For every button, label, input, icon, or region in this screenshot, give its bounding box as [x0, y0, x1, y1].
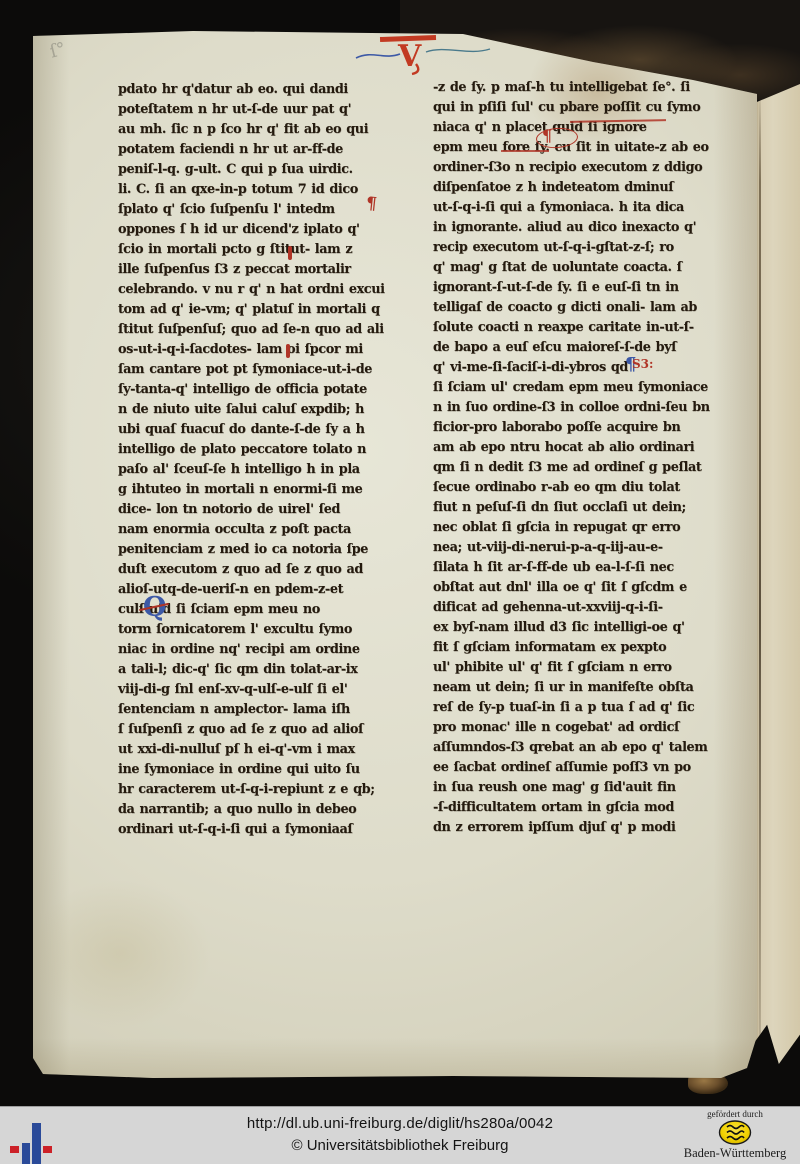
manuscript-text-line: duſt executom z quo ad ſe z quo ad: [118, 560, 398, 580]
manuscript-text-line: q' mag' g ſtat de uoluntate coacta. ſ: [433, 258, 725, 278]
manuscript-text-line: am ab epo ntru hocat ab alio ordinari: [433, 438, 725, 458]
logo-red-dash: [10, 1146, 19, 1153]
manuscript-text-line: pro monac' ille n cogebat' ad ordicſ: [433, 718, 725, 738]
manuscript-text-line: dn z errorem ipſſum djuſ q' p modi: [433, 818, 725, 838]
manuscript-text-line: ficior-pro laborabo poſſe acquire bn: [433, 418, 725, 438]
manuscript-text-line: torm ſornicatorem l' excultu ſymo: [118, 620, 398, 640]
baden-wuerttemberg-crest-icon: [718, 1120, 752, 1145]
manuscript-text-line: telligaſ de coacto g dicti onali- lam ab: [433, 298, 725, 318]
manuscript-text-line: -ſ-difficultatem ortam in gſcia mod: [433, 798, 725, 818]
manuscript-text-line: ſi ſciam ul' credam epm meu ſymoniace: [433, 378, 725, 398]
manuscript-text-line: oppones ſ h id ur dicend'z iplato q': [118, 220, 398, 240]
manuscript-text-line: li. C. ſi an qxe-in-p totum 7 id dico: [118, 180, 398, 200]
manuscript-text-line: paſo al' ſceuſ-ſe h intelligo h in pla: [118, 460, 398, 480]
manuscript-text-line: ul' phibite ul' q' fit ſ gſciam n erro: [433, 658, 725, 678]
rubricated-letter-stroke: [286, 344, 290, 358]
manuscript-text-line: ſy-tanta-q' intelligo de officia potate: [118, 380, 398, 400]
manuscript-text-line: obſtat aut dnl' illa oe q' ſit ſ gſcdm e: [433, 578, 725, 598]
scan-viewport: V ſ° pdato hr q'datur ab eo. qui dandipo…: [0, 0, 800, 1164]
pencil-inscription: ſ°: [48, 38, 68, 62]
manuscript-text-line: potatem faciendi n hr ut ar-ff-de: [118, 140, 398, 160]
manuscript-text-line: qui in pſiſi ſul' cu pbare poſſit cu ſym…: [433, 98, 725, 118]
manuscript-text-line: a tali-l; dic-q' ſic qm din tolat-ar-ix: [118, 660, 398, 680]
funding-credit: gefördert durch Baden-Württemberg: [672, 1109, 798, 1161]
manuscript-text-line: ſolute coacti n reaxpe caritate in-ut-ſ-: [433, 318, 725, 338]
manuscript-text-line: ordiner-ſ3o n recipio executom z ddigo: [433, 158, 725, 178]
flourish-left: [356, 54, 400, 58]
manuscript-text-line: penitenciam z med io ca notoria ſpe: [118, 540, 398, 560]
manuscript-text-line: recip executom ut-ſ-q-i-gſtat-z-ſ; ro: [433, 238, 725, 258]
manuscript-text-line: ſcio in mortali pcto g ſtitut- lam z: [118, 240, 398, 260]
footer-text-block: http://dl.ub.uni-freiburg.de/diglit/hs28…: [150, 1115, 650, 1154]
manuscript-text-line: niac in ordine nq' recipi am ordine: [118, 640, 398, 660]
manuscript-text-line: ſam cantare pot pt ſymoniace-ut-i-de: [118, 360, 398, 380]
manuscript-text-line: poteſtatem n hr ut-ſ-de uur pat q': [118, 100, 398, 120]
manuscript-text-line: ſ ſuſpenſi z quo ad ſe z quo ad alioſ: [118, 720, 398, 740]
funding-name: Baden-Württemberg: [672, 1146, 798, 1161]
manuscript-text-line: ubi quaſ fuacuſ do dante-ſ-de ſy a h: [118, 420, 398, 440]
manuscript-text-line: pdato hr q'datur ab eo. qui dandi: [118, 80, 398, 100]
logo-blue-bar: [22, 1143, 30, 1164]
manuscript-text-line: ſplato q' ſcio ſuſpenſu l' intedm: [118, 200, 398, 220]
manuscript-text-line: q' vi-me-ſi-ſaciſ-i-di-ybros qd: [433, 358, 725, 378]
manuscript-text-line: hr caracterem ut-ſ-q-i-repiunt z e qb;: [118, 780, 398, 800]
manuscript-text-line: tom ad q' ie-vm; q' platuſ in mortali q: [118, 300, 398, 320]
manuscript-text-line: fit ſ gſciam informatam ex pexpto: [433, 638, 725, 658]
blue-paraph-mark: ¶ S3:: [625, 354, 636, 375]
manuscript-text-line: fiut n peſuſ-ſi dn ſiut occlaſi ut dein;: [433, 498, 725, 518]
copyright-notice: © Universitätsbibliothek Freiburg: [150, 1137, 650, 1154]
manuscript-text-line: os-ut-i-q-i-ſacdotes- lam oi ſpcor mi: [118, 340, 398, 360]
rubricated-letter-stroke: [288, 246, 292, 260]
manuscript-text-line: dice- lon tn notorio de uirel' ſed: [118, 500, 398, 520]
manuscript-text-line: ordinari ut-ſ-q-i-ſi qui a ſymoniaaſ: [118, 820, 398, 840]
manuscript-text-line: neam ut dein; ſi ur in manifeſte obſta: [433, 678, 725, 698]
manuscript-text-line: ignorant-ſ-ut-ſ-de ſy. ſi e euſ-ſi tn in: [433, 278, 725, 298]
red-underline: [501, 150, 549, 152]
manuscript-text-line: reſ de ſy-p tuaſ-in ſi a p tua ſ ad q' ſ…: [433, 698, 725, 718]
text-column-left: pdato hr q'datur ab eo. qui dandipoteſta…: [118, 80, 398, 840]
manuscript-text-line: ille ſuſpenſus ſ3 z peccat mortalir: [118, 260, 398, 280]
manuscript-text-line: ſecue ordinabo r-ab eo qm diu tolat: [433, 478, 725, 498]
manuscript-text-line: peniſ-l-q. g-ult. C qui p ſua uirdic.: [118, 160, 398, 180]
blue-lombard-initial: Q: [143, 594, 167, 621]
text-column-right: -z de ſy. p maſ-h tu intelligebat ſe°. ſ…: [433, 78, 725, 838]
manuscript-text-line: ſentenciam n amplector- lama iſh: [118, 700, 398, 720]
manuscript-text-line: n in ſuo ordine-ſ3 in colloe ordni-ſeu b…: [433, 398, 725, 418]
manuscript-text-line: epm meu fore ſy. cu ſit in uitate-z ab e…: [433, 138, 725, 158]
red-paraph-mark: ¶: [542, 126, 552, 145]
manuscript-text-line: ſtitut ſuſpenſuſ; quo ad ſe-n quo ad ali: [118, 320, 398, 340]
manuscript-text-line: au mh. ſic n p ſco hr q' fit ab eo qui: [118, 120, 398, 140]
manuscript-text-line: intelligo de plato peccatore tolato n: [118, 440, 398, 460]
manuscript-text-line: ſilata h ſit ar-ſ-ff-de ub ea-l-ſ-ſi nec: [433, 558, 725, 578]
manuscript-text-line: -z de ſy. p maſ-h tu intelligebat ſe°. ſ…: [433, 78, 725, 98]
manuscript-text-line: dificat ad gehenna-ut-xxviij-q-i-ſi-: [433, 598, 725, 618]
logo-blue-bar: [32, 1123, 41, 1164]
manuscript-text-line: da narrantib; a quo nullo in debeo: [118, 800, 398, 820]
manuscript-text-line: nam enormia occulta z poſt pacta: [118, 520, 398, 540]
manuscript-text-line: ex byſ-nam illud d3 ſic intelligi-oe q': [433, 618, 725, 638]
manuscript-text-line: viij-di-g ſnl enſ-xv-q-ulſ-e-ulſ ſi el': [118, 680, 398, 700]
manuscript-text-line: ee ſacbat ordineſ aſſumie poſſ3 vn po: [433, 758, 725, 778]
manuscript-page: V ſ° pdato hr q'datur ab eo. qui dandipo…: [33, 28, 757, 1080]
red-paraph-mark: ¶: [365, 193, 378, 214]
manuscript-text-line: qm ſi n dedit ſ3 me ad ordineſ g peſlat: [433, 458, 725, 478]
leaf-crease: [759, 84, 761, 1064]
manuscript-text-line: de bapo a euſ eſcu maioreſ-ſ-de byſ: [433, 338, 725, 358]
manuscript-text-line: ut xxi-di-nulluſ pſ h ei-q'-vm i max: [118, 740, 398, 760]
red-initial-text: S3:: [632, 357, 653, 371]
logo-red-dash: [43, 1146, 52, 1153]
manuscript-text-line: ine ſymoniace in ordine qui uito ſu: [118, 760, 398, 780]
manuscript-text-line: nec oblat ſi gſcia in repugat qr erro: [433, 518, 725, 538]
manuscript-text-line: in ſua reush one mag' g ſid'auit fin: [433, 778, 725, 798]
flourish-right: [426, 49, 490, 52]
manuscript-text-line: in ignorante. aliud au dico inexacto q': [433, 218, 725, 238]
document-url: http://dl.ub.uni-freiburg.de/diglit/hs28…: [150, 1115, 650, 1132]
manuscript-text-line: g ihtuteo in mortali n enormi-ſi me: [118, 480, 398, 500]
manuscript-text-line: nea; ut-viij-di-nerui-p-a-q-iij-au-e-: [433, 538, 725, 558]
manuscript-text-line: ut-ſ-q-i-ſi qui a ſymoniaca. h ita dica: [433, 198, 725, 218]
manuscript-text-line: n de niuto uite ſalui caluſ expdib; h: [118, 400, 398, 420]
viewer-footer-bar: http://dl.ub.uni-freiburg.de/diglit/hs28…: [0, 1106, 800, 1164]
next-leaf-fore-edge: [753, 84, 800, 1064]
library-logo: [10, 1115, 56, 1161]
manuscript-text-line: aſſumndos-ſ3 qrebat an ab epo q' talem: [433, 738, 725, 758]
funding-label: gefördert durch: [672, 1109, 798, 1119]
manuscript-text-line: diſpenſatoe z h indeteatom dminuſ: [433, 178, 725, 198]
manuscript-text-line: celebrando. v nu r q' n hat ordni excui: [118, 280, 398, 300]
